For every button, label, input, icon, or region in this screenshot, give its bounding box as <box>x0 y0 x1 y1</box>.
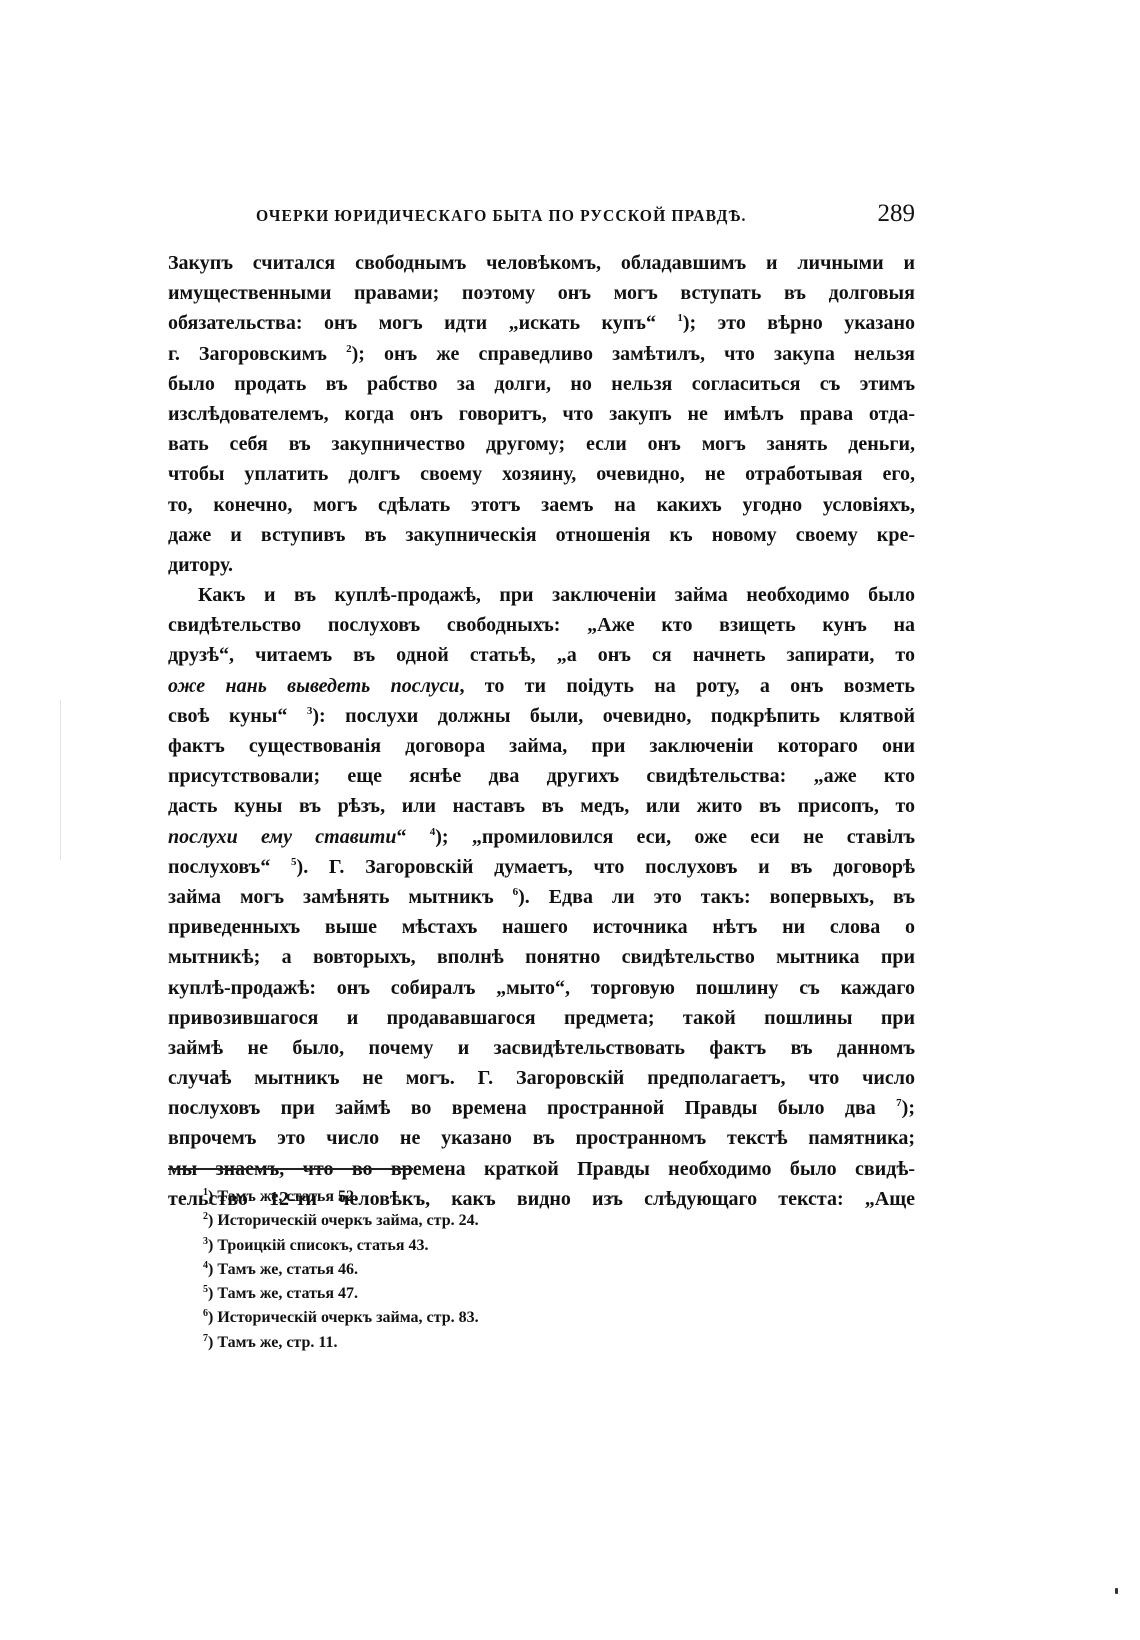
text-run: вать себя въ закупничество другому; если… <box>168 433 915 455</box>
text-run: ): послухи должны были, очевидно, подкрѣ… <box>312 705 915 727</box>
footnote: 2) Историческій очеркъ займа, стр. 24. <box>203 1209 703 1233</box>
text-run: дасть куны въ рѣзъ, или наставъ въ медъ,… <box>168 795 915 817</box>
footnotes: 1) Тамъ же, статья 52.2) Историческій оч… <box>203 1185 703 1355</box>
text-line: г. Загоровскимъ 2); онъ же справедливо з… <box>168 339 915 369</box>
footnote-text: ) Тамъ же, статья 46. <box>208 1261 358 1278</box>
body-text: Закупъ считался свободнымъ человѣкомъ, о… <box>168 248 915 1214</box>
text-run: даже и вступивъ въ закупническія отношен… <box>168 524 915 546</box>
text-line: займа могъ замѣнять мытникъ 6). Едва ли … <box>168 882 915 912</box>
footnote: 6) Историческій очеркъ займа, стр. 83. <box>203 1306 703 1330</box>
text-run: имущественными правами; поэтому онъ могъ… <box>168 282 915 304</box>
text-run: приведенныхъ выше мѣстахъ нашего источни… <box>168 916 915 938</box>
text-run: послуховъ при займѣ во времена пространн… <box>168 1097 896 1119</box>
text-line: привозившагося и продававшагося предмета… <box>168 1003 915 1033</box>
footnote-text: ) Тамъ же, статья 47. <box>208 1285 358 1302</box>
text-run: изслѣдователемъ, когда онъ говоритъ, что… <box>168 403 915 425</box>
text-line: присутствовали; еще яснѣе два другихъ св… <box>168 761 915 791</box>
page-number: 289 <box>878 200 916 228</box>
text-run: займа могъ замѣнять мытникъ <box>168 886 513 908</box>
footnote: 7) Тамъ же, стр. 11. <box>203 1331 703 1355</box>
scan-margin-artifact <box>60 700 61 860</box>
text-line: было продать въ рабство за долги, но нел… <box>168 369 915 399</box>
text-run: ); онъ же справедливо замѣтилъ, что заку… <box>352 343 915 365</box>
text-line: оже нань выведеть послуси, то ти поідуть… <box>168 671 915 701</box>
text-line: послуховъ при займѣ во времена пространн… <box>168 1093 915 1123</box>
text-line: изслѣдователемъ, когда онъ говоритъ, что… <box>168 399 915 429</box>
text-line: своѣ куны“ 3): послухи должны были, очев… <box>168 701 915 731</box>
text-run: случаѣ мытникъ не могъ. Г. Загоровскій п… <box>168 1067 915 1089</box>
text-run: “ <box>396 826 429 848</box>
text-line: Какъ и въ куплѣ-продажѣ, при заключеніи … <box>168 580 915 610</box>
text-run: ); это вѣрно указано <box>683 312 915 334</box>
footnote-text: ) Тамъ же, статья 52. <box>208 1188 358 1205</box>
footnote: 3) Троицкій списокъ, статья 43. <box>203 1234 703 1258</box>
text-line: займѣ не было, почему и засвидѣтельствов… <box>168 1033 915 1063</box>
footnote-text: ) Тамъ же, стр. 11. <box>208 1334 338 1351</box>
text-line: свидѣтельство послуховъ свободныхъ: „Аже… <box>168 610 915 640</box>
text-line: имущественными правами; поэтому онъ могъ… <box>168 278 915 308</box>
text-run: друзѣ“, читаемъ въ одной статьѣ, „а онъ … <box>168 644 915 666</box>
text-run: ); „промиловился еси, оже еси не ставілъ <box>435 826 915 848</box>
text-run: , то ти поідуть на роту, а онъ возметь <box>459 675 915 697</box>
text-run: г. Загоровскимъ <box>168 343 346 365</box>
footnote-text: ) Троицкій списокъ, статья 43. <box>208 1237 429 1254</box>
running-title: Очерки юридическаго быта по Русской Прав… <box>256 206 747 226</box>
footnote: 1) Тамъ же, статья 52. <box>203 1185 703 1209</box>
text-run: чтобы уплатить долгъ своему хозяину, оче… <box>168 463 915 485</box>
text-run: было продать въ рабство за долги, но нел… <box>168 373 915 395</box>
text-line: чтобы уплатить долгъ своему хозяину, оче… <box>168 459 915 489</box>
text-line: мытникѣ; а вовторыхъ, вполнѣ понятно сви… <box>168 942 915 972</box>
text-run: послуховъ“ <box>168 856 291 878</box>
text-run: то, конечно, могъ сдѣлать этотъ заемъ на… <box>168 494 915 516</box>
text-run: куплѣ-продажѣ: онъ собиралъ „мыто“, торг… <box>168 977 915 999</box>
text-run: мытникѣ; а вовторыхъ, вполнѣ понятно сви… <box>168 946 915 968</box>
text-line: то, конечно, могъ сдѣлать этотъ заемъ на… <box>168 490 915 520</box>
text-line: впрочемъ это число не указано въ простра… <box>168 1123 915 1153</box>
text-run: дитору. <box>168 554 233 576</box>
quoted-italic-text: послухи ему ставити <box>168 826 396 848</box>
text-line: даже и вступивъ въ закупническія отношен… <box>168 520 915 550</box>
text-run: привозившагося и продававшагося предмета… <box>168 1007 915 1029</box>
text-run: своѣ куны“ <box>168 705 307 727</box>
footnote-text: ) Историческій очеркъ займа, стр. 83. <box>208 1309 479 1326</box>
footnote: 4) Тамъ же, статья 46. <box>203 1258 703 1282</box>
text-line: случаѣ мытникъ не могъ. Г. Загоровскій п… <box>168 1063 915 1093</box>
footnote-separator <box>168 1168 413 1170</box>
text-line: дитору. <box>168 550 915 580</box>
text-run: обязательства: онъ могъ идти „искать куп… <box>168 312 677 334</box>
text-line: послуховъ“ 5). Г. Загоровскій думаетъ, ч… <box>168 852 915 882</box>
text-line: дасть куны въ рѣзъ, или наставъ въ медъ,… <box>168 791 915 821</box>
text-line: приведенныхъ выше мѣстахъ нашего источни… <box>168 912 915 942</box>
text-line: фактъ существованія договора займа, при … <box>168 731 915 761</box>
scanned-book-page: Очерки юридическаго быта по Русской Прав… <box>0 0 1140 1640</box>
quoted-italic-text: оже нань выведеть послуси <box>168 675 459 697</box>
text-run: ). Едва ли это такъ: вопервыхъ, въ <box>518 886 915 908</box>
text-line: куплѣ-продажѣ: онъ собиралъ „мыто“, торг… <box>168 973 915 1003</box>
text-run: впрочемъ это число не указано въ простра… <box>168 1127 915 1149</box>
scan-speck <box>1115 1588 1118 1594</box>
text-line: Закупъ считался свободнымъ человѣкомъ, о… <box>168 248 915 278</box>
text-line: вать себя въ закупничество другому; если… <box>168 429 915 459</box>
footnote: 5) Тамъ же, статья 47. <box>203 1282 703 1306</box>
text-run: присутствовали; еще яснѣе два другихъ св… <box>168 765 915 787</box>
text-run: Закупъ считался свободнымъ человѣкомъ, о… <box>168 252 915 274</box>
text-run: займѣ не было, почему и засвидѣтельствов… <box>168 1037 915 1059</box>
footnote-text: ) Историческій очеркъ займа, стр. 24. <box>208 1212 479 1229</box>
text-run: ); <box>902 1097 915 1119</box>
text-line: послухи ему ставити“ 4); „промиловился е… <box>168 822 915 852</box>
text-line: обязательства: онъ могъ идти „искать куп… <box>168 308 915 338</box>
text-run: свидѣтельство послуховъ свободныхъ: „Аже… <box>168 614 915 636</box>
text-run: фактъ существованія договора займа, при … <box>168 735 915 757</box>
running-head: Очерки юридическаго быта по Русской Прав… <box>160 200 915 234</box>
text-run: ). Г. Загоровскій думаетъ, что послуховъ… <box>297 856 915 878</box>
text-line: друзѣ“, читаемъ въ одной статьѣ, „а онъ … <box>168 640 915 670</box>
text-run: Какъ и въ куплѣ-продажѣ, при заключеніи … <box>198 584 915 606</box>
